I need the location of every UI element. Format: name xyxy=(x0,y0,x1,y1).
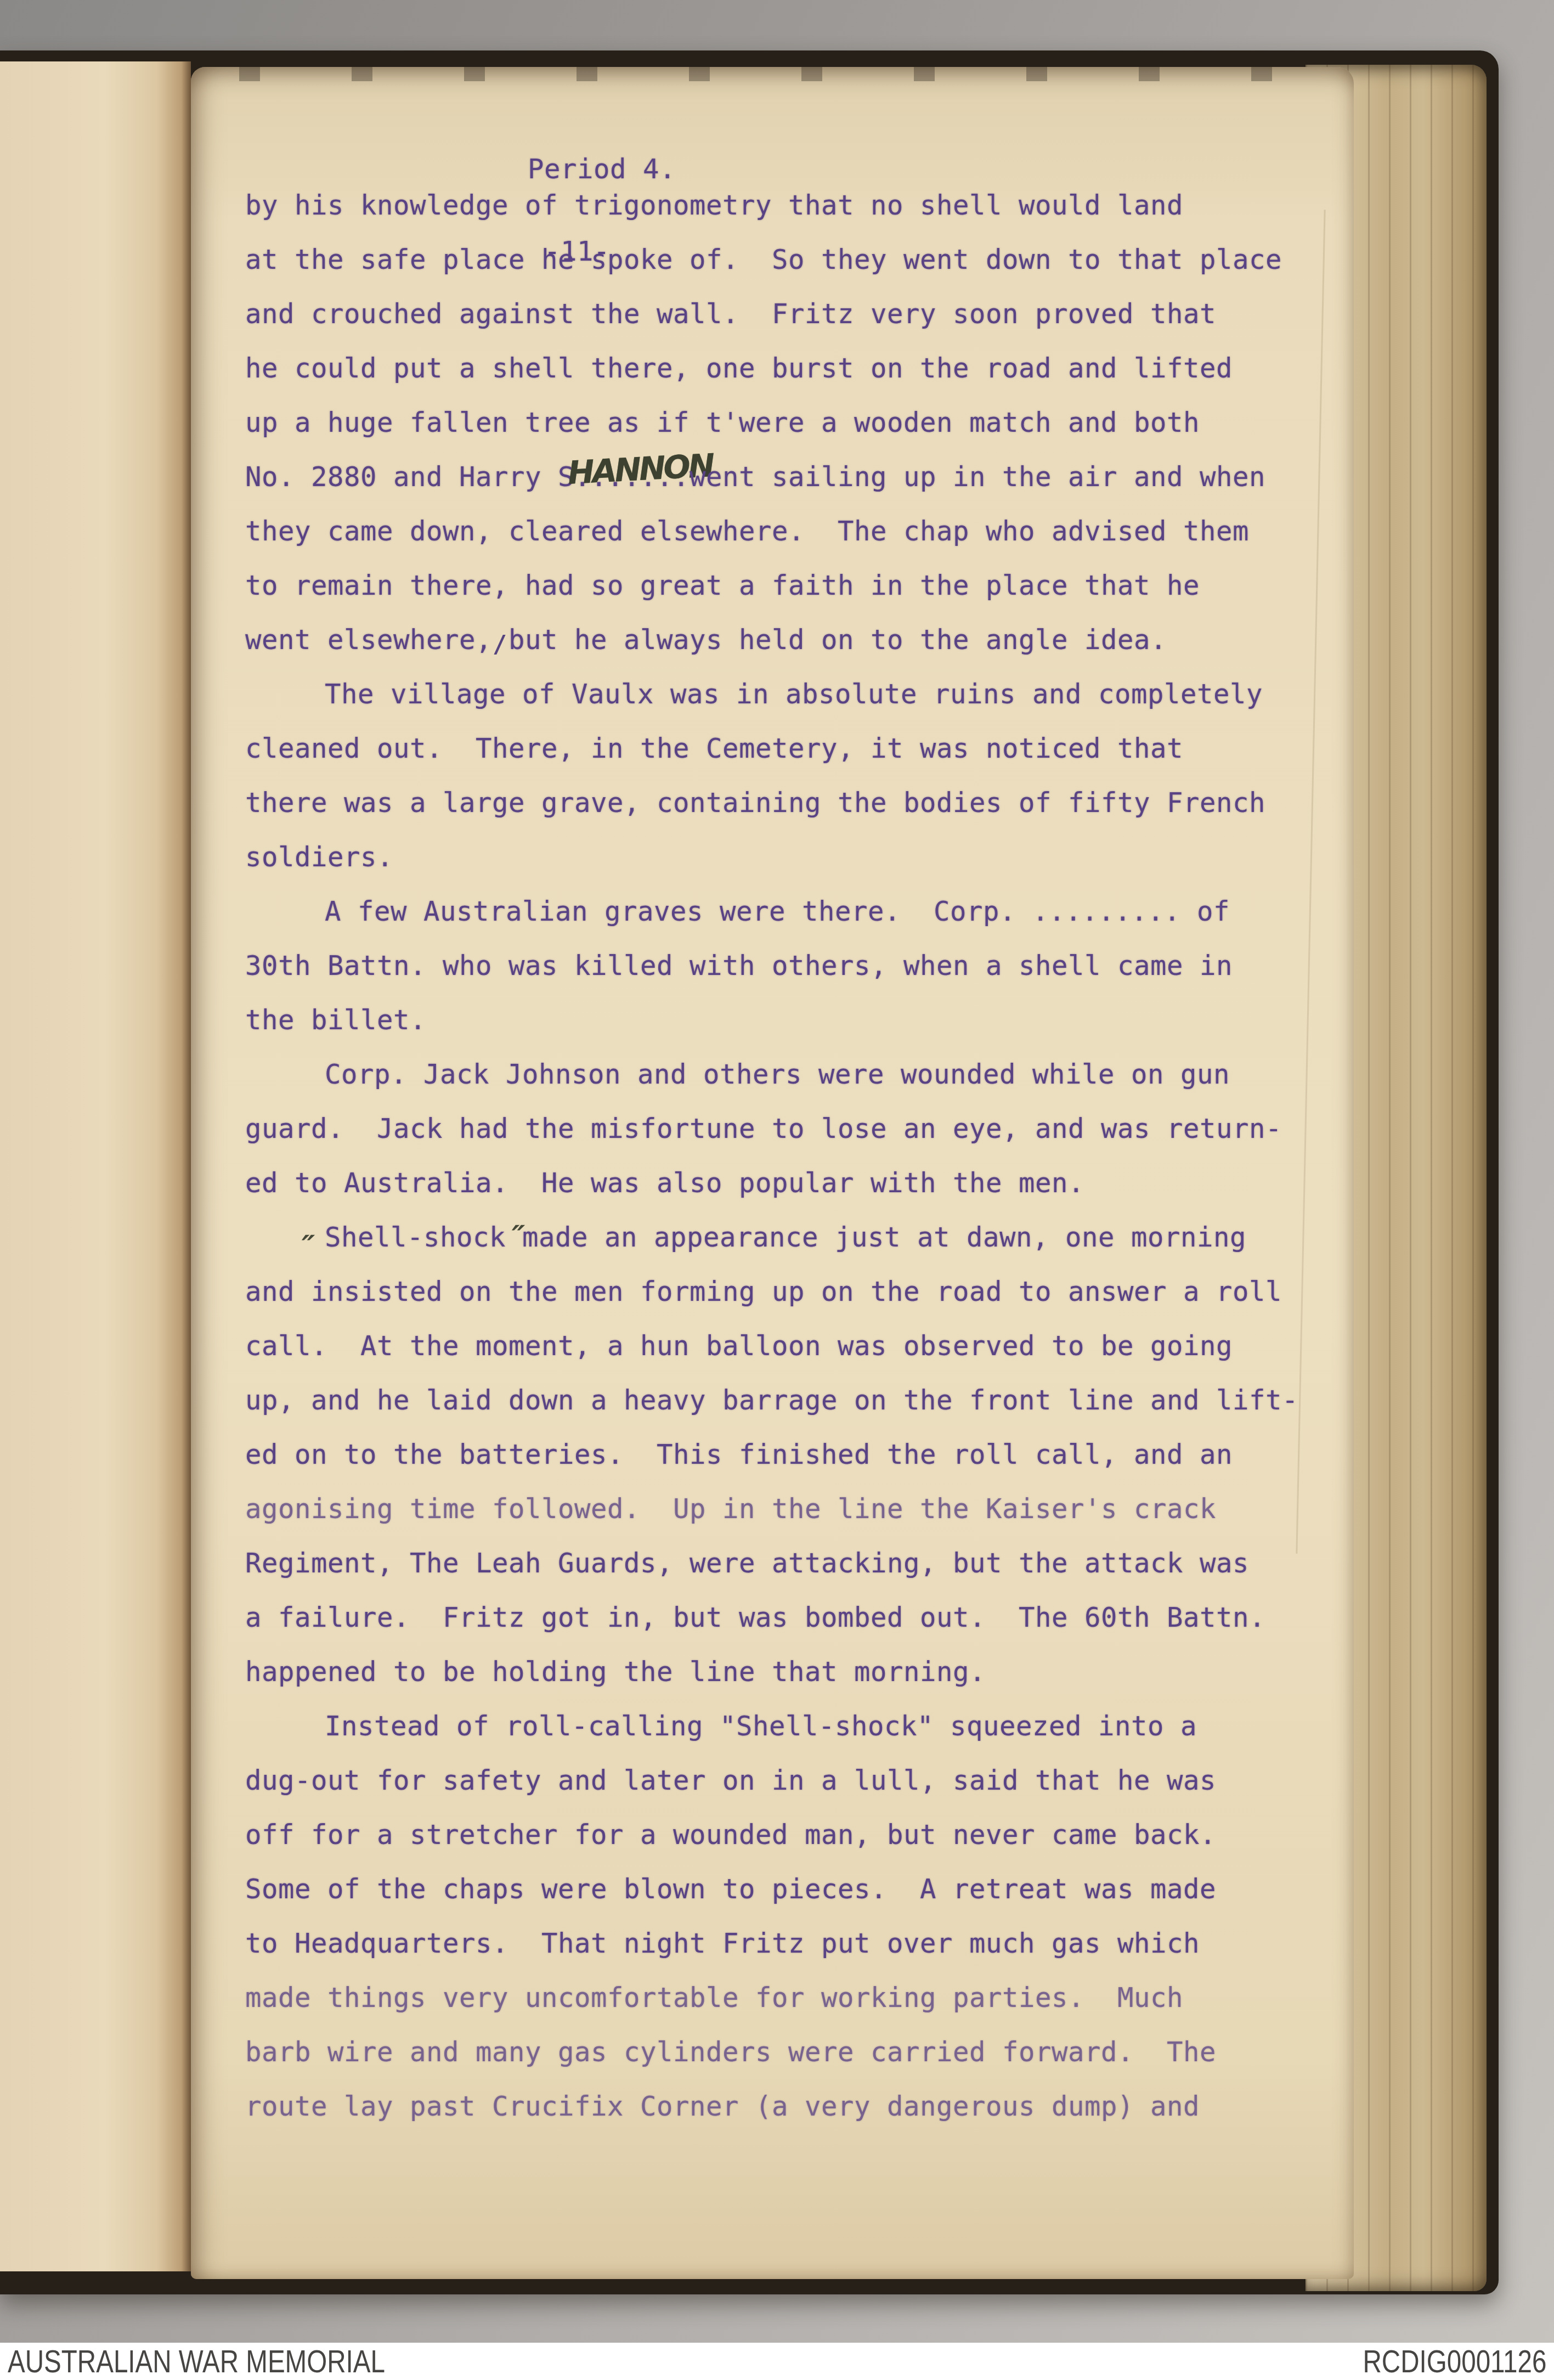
text-line: to Headquarters. That night Fritz put ov… xyxy=(245,1916,1353,1971)
text-line: route lay past Crucifix Corner (a very d… xyxy=(245,2079,1353,2134)
text-line: Instead of roll-calling "Shell-shock" sq… xyxy=(245,1699,1353,1753)
text-segment: guard. Jack had the misfortune to lose a… xyxy=(245,1102,1282,1156)
text-segment: they came down, cleared elsewhere. The c… xyxy=(245,504,1249,559)
text-line: and crouched against the wall. Fritz ver… xyxy=(245,287,1353,341)
text-segment: 30th Battn. who was killed with others, … xyxy=(245,939,1233,993)
text-segment: dug-out for safety and later on in a lul… xyxy=(245,1753,1216,1808)
text-segment: Regiment, The Leah Guards, were attackin… xyxy=(245,1536,1249,1591)
text-line: ed to Australia. He was also popular wit… xyxy=(245,1156,1353,1210)
text-segment: soldiers. xyxy=(245,830,393,884)
text-line: there was a large grave, containing the … xyxy=(245,776,1353,830)
text-lines: by his knowledge of trigonometry that no… xyxy=(245,178,1353,2134)
text-segment: ed on to the batteries. This finished th… xyxy=(245,1428,1233,1482)
item-id: RCDIG0001126 xyxy=(1363,2343,1546,2380)
text-segment: and crouched against the wall. Fritz ver… xyxy=(245,287,1216,341)
text-segment: a failure. Fritz got in, but was bombed … xyxy=(245,1591,1265,1645)
text-line: soldiers. xyxy=(245,830,1353,884)
text-segment: and insisted on the men forming up on th… xyxy=(245,1265,1282,1319)
text-line: happened to be holding the line that mor… xyxy=(245,1645,1353,1699)
text-line: The village of Vaulx was in absolute rui… xyxy=(245,667,1353,721)
text-segment: off for a stretcher for a wounded man, b… xyxy=(245,1808,1216,1862)
document-page: Period 4. -11- by his knowledge of trigo… xyxy=(191,67,1354,2279)
text-line: No. 2880 and Harry S.......HANNONwent sa… xyxy=(245,450,1353,504)
text-segment: went sailing up in the air and when xyxy=(690,450,1265,504)
text-segment: happened to be holding the line that mor… xyxy=(245,1645,986,1699)
footer-bar: AUSTRALIAN WAR MEMORIAL RCDIG0001126 xyxy=(0,2343,1554,2380)
text-line: up, and he laid down a heavy barrage on … xyxy=(245,1373,1353,1428)
text-segment: ed to Australia. He was also popular wit… xyxy=(245,1156,1084,1210)
text-segment: Instead of roll-calling "Shell-shock" sq… xyxy=(325,1699,1197,1753)
facing-page xyxy=(0,61,191,2271)
text-line: call. At the moment, a hun balloon was o… xyxy=(245,1319,1353,1373)
text-segment: went elsewhere, xyxy=(245,613,508,667)
text-line: went elsewhere, but he always held on to… xyxy=(245,613,1353,667)
text-segment: the billet. xyxy=(245,993,426,1047)
text-segment: route lay past Crucifix Corner (a very d… xyxy=(245,2079,1200,2134)
text-segment: .......HANNON xyxy=(574,450,690,504)
text-line: dug-out for safety and later on in a lul… xyxy=(245,1753,1353,1808)
text-segment: up, and he laid down a heavy barrage on … xyxy=(245,1373,1298,1428)
text-segment: Corp. Jack Johnson and others were wound… xyxy=(325,1047,1230,1102)
text-line: guard. Jack had the misfortune to lose a… xyxy=(245,1102,1353,1156)
text-line: he could put a shell there, one burst on… xyxy=(245,341,1353,396)
text-line: and insisted on the men forming up on th… xyxy=(245,1265,1353,1319)
text-segment: agonising time followed. Up in the line … xyxy=(245,1482,1216,1536)
text-segment: to remain there, had so great a faith in… xyxy=(245,559,1200,613)
text-segment: made an appearance just at dawn, one mor… xyxy=(506,1210,1246,1265)
text-line: made things very uncomfortable for worki… xyxy=(245,1971,1353,2025)
text-line: barb wire and many gas cylinders were ca… xyxy=(245,2025,1353,2079)
text-line: 30th Battn. who was killed with others, … xyxy=(245,939,1353,993)
text-segment: to Headquarters. That night Fritz put ov… xyxy=(245,1916,1200,1971)
text-line: they came down, cleared elsewhere. The c… xyxy=(245,504,1353,559)
text-line: a failure. Fritz got in, but was bombed … xyxy=(245,1591,1353,1645)
text-segment: there was a large grave, containing the … xyxy=(245,776,1265,830)
text-line: at the safe place he spoke of. So they w… xyxy=(245,233,1353,287)
text-line: A few Australian graves were there. Corp… xyxy=(245,884,1353,939)
text-line: Shell-shock″″ made an appearance just at… xyxy=(245,1210,1353,1265)
text-line: Corp. Jack Johnson and others were wound… xyxy=(245,1047,1353,1102)
text-segment: call. At the moment, a hun balloon was o… xyxy=(245,1319,1233,1373)
text-line: cleaned out. There, in the Cemetery, it … xyxy=(245,721,1353,776)
text-line: off for a stretcher for a wounded man, b… xyxy=(245,1808,1353,1862)
text-segment: The village of Vaulx was in absolute rui… xyxy=(325,667,1263,721)
text-segment: No. 2880 and Harry S xyxy=(245,450,574,504)
archive-name: AUSTRALIAN WAR MEMORIAL xyxy=(8,2343,385,2380)
text-segment: made things very uncomfortable for worki… xyxy=(245,1971,1183,2025)
text-segment: he could put a shell there, one burst on… xyxy=(245,341,1233,396)
text-line: Regiment, The Leah Guards, were attackin… xyxy=(245,1536,1353,1591)
text-segment: A few Australian graves were there. Corp… xyxy=(325,884,1230,939)
text-line: Some of the chaps were blown to pieces. … xyxy=(245,1862,1353,1916)
text-segment: Some of the chaps were blown to pieces. … xyxy=(245,1862,1216,1916)
text-line: to remain there, had so great a faith in… xyxy=(245,559,1353,613)
text-segment: by his knowledge of trigonometry that no… xyxy=(245,178,1183,233)
text-segment: Shell-shock″″ xyxy=(325,1210,506,1265)
text-segment: but he always held on to the angle idea.… xyxy=(508,613,1167,667)
text-segment: barb wire and many gas cylinders were ca… xyxy=(245,2025,1216,2079)
torn-top-edge xyxy=(191,67,1354,81)
text-line: by his knowledge of trigonometry that no… xyxy=(245,178,1353,233)
text-line: the billet. xyxy=(245,993,1353,1047)
text-line: up a huge fallen tree as if t'were a woo… xyxy=(245,396,1353,450)
text-segment: cleaned out. There, in the Cemetery, it … xyxy=(245,721,1183,776)
text-line: agonising time followed. Up in the line … xyxy=(245,1482,1353,1536)
book-scan: Period 4. -11- by his knowledge of trigo… xyxy=(0,0,1554,2380)
text-segment: up a huge fallen tree as if t'were a woo… xyxy=(245,396,1200,450)
text-line: ed on to the batteries. This finished th… xyxy=(245,1428,1353,1482)
text-segment: at the safe place he spoke of. So they w… xyxy=(245,233,1282,287)
